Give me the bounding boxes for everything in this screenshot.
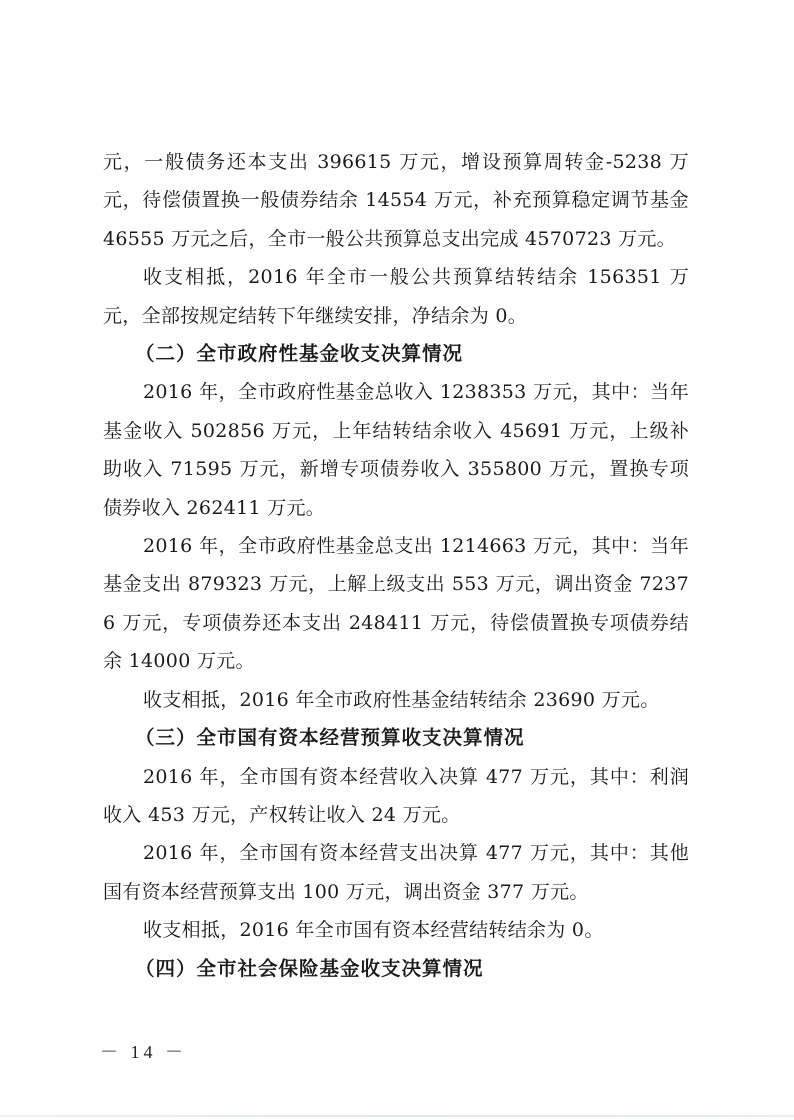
paragraph-government-fund-revenue: 2016 年，全市政府性基金总收入 1238353 万元，其中：当年基金收入 5… bbox=[103, 373, 689, 527]
paragraph-general-budget-expenditure-continued: 元，一般债务还本支出 396615 万元，增设预算周转金-5238 万元，待偿债… bbox=[103, 143, 689, 258]
document-body: 元，一般债务还本支出 396615 万元，增设预算周转金-5238 万元，待偿债… bbox=[103, 143, 689, 988]
paragraph-government-fund-balance: 收支相抵，2016 年全市政府性基金结转结余 23690 万元。 bbox=[103, 681, 689, 719]
scan-edge-divider bbox=[0, 1115, 794, 1117]
section-heading-state-capital: （三）全市国有资本经营预算收支决算情况 bbox=[103, 719, 689, 757]
page-number: － 14 － bbox=[100, 1038, 187, 1064]
section-heading-government-fund: （二）全市政府性基金收支决算情况 bbox=[103, 335, 689, 373]
paragraph-state-capital-expenditure: 2016 年，全市国有资本经营支出决算 477 万元，其中：其他国有资本经营预算… bbox=[103, 834, 689, 911]
paragraph-state-capital-revenue: 2016 年，全市国有资本经营收入决算 477 万元，其中：利润收入 453 万… bbox=[103, 758, 689, 835]
document-page: 元，一般债务还本支出 396615 万元，增设预算周转金-5238 万元，待偿债… bbox=[0, 0, 794, 1120]
paragraph-general-budget-balance: 收支相抵，2016 年全市一般公共预算结转结余 156351 万元，全部按规定结… bbox=[103, 258, 689, 335]
paragraph-government-fund-expenditure: 2016 年，全市政府性基金总支出 1214663 万元，其中：当年基金支出 8… bbox=[103, 527, 689, 681]
section-heading-social-insurance: （四）全市社会保险基金收支决算情况 bbox=[103, 950, 689, 988]
paragraph-state-capital-balance: 收支相抵，2016 年全市国有资本经营结转结余为 0。 bbox=[103, 911, 689, 949]
